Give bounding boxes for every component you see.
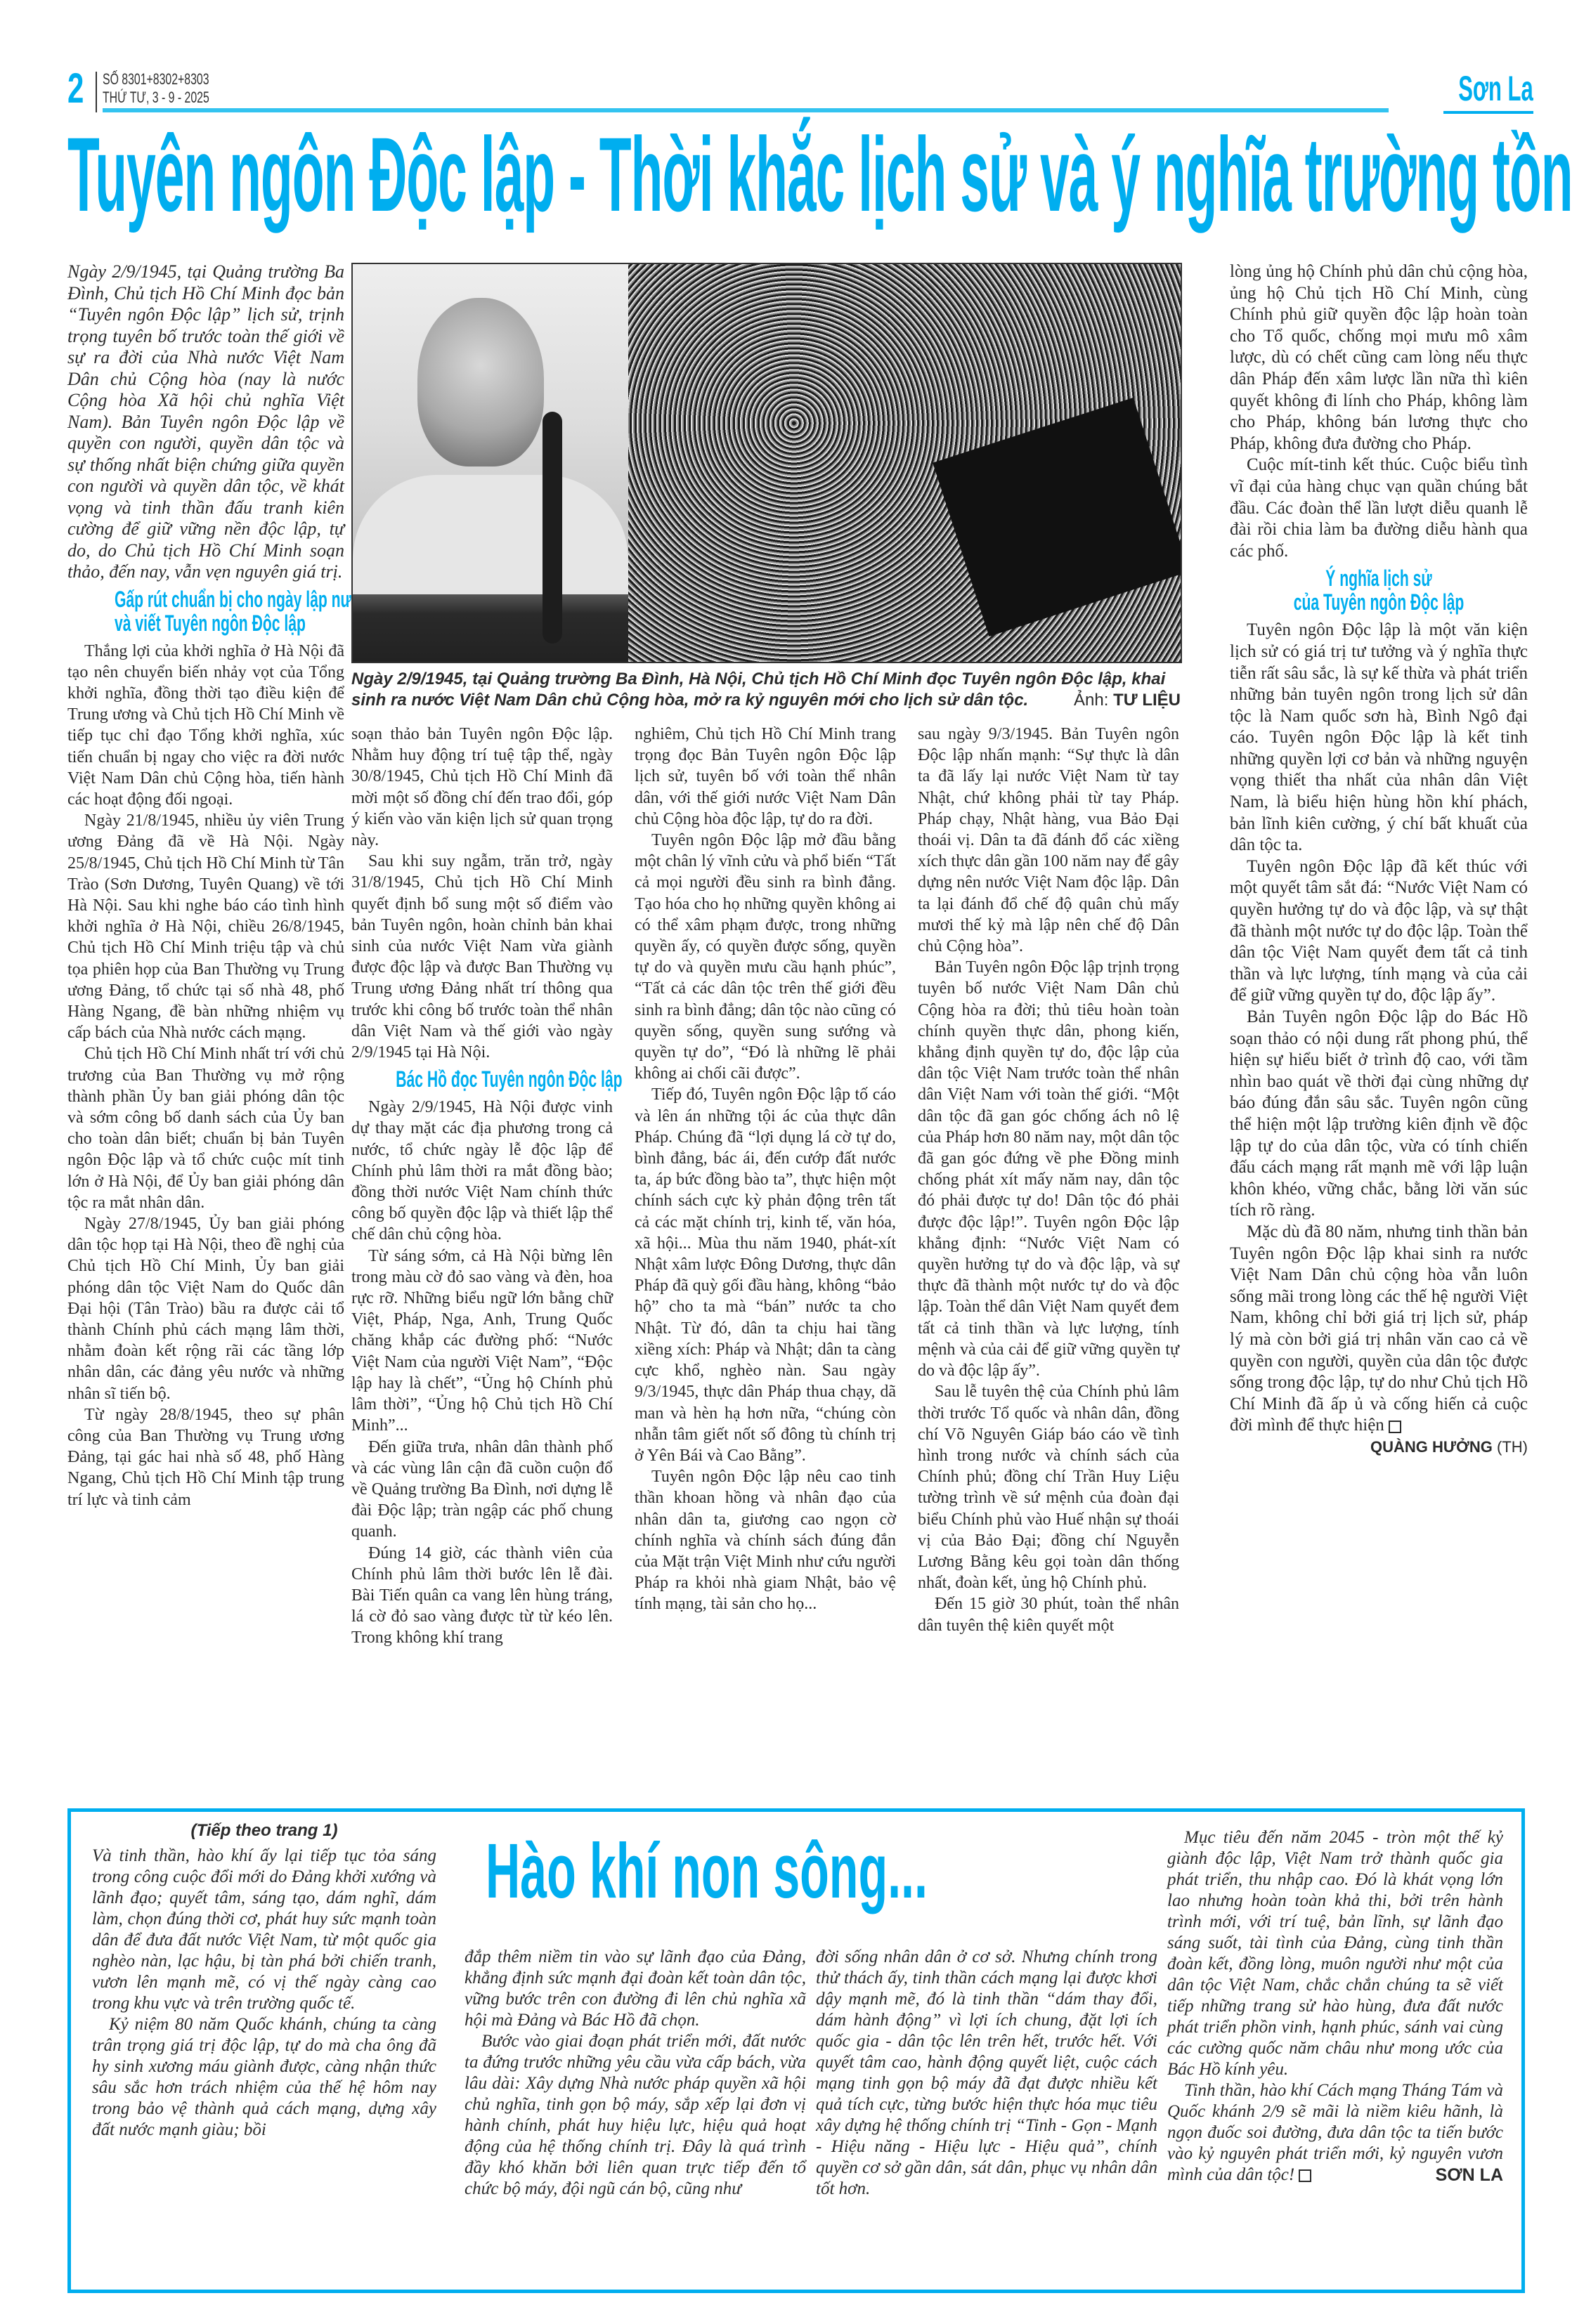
paragraph: soạn thảo bản Tuyên ngôn Độc lập. Nhằm h… xyxy=(351,724,613,851)
paragraph: Đến 15 giờ 30 phút, toàn thể nhân dân tu… xyxy=(918,1593,1179,1636)
author-name: QUÀNG HƯỞNG xyxy=(1370,1438,1493,1456)
paragraph: Từ sáng sớm, cả Hà Nội bừng lên trong mà… xyxy=(351,1246,613,1437)
microphone-icon xyxy=(543,412,562,644)
paragraph: Tuyên ngôn Độc lập nêu cao tinh thần kho… xyxy=(635,1466,896,1614)
paragraph: Bản Tuyên ngôn Độc lập trịnh trọng tuyên… xyxy=(918,957,1179,1381)
box-column-1: (Tiếp theo trang 1) Và tinh thần, hào kh… xyxy=(92,1820,436,2141)
article-photo xyxy=(351,263,1182,663)
author-suffix: (TH) xyxy=(1497,1438,1528,1456)
paragraph: Tinh thần, hào khí Cách mạng Tháng Tám v… xyxy=(1167,2080,1503,2186)
caption-text: Ngày 2/9/1945, tại Quảng trường Ba Đình,… xyxy=(351,670,1165,710)
paragraph: Tuyên ngôn Độc lập đã kết thúc với một q… xyxy=(1230,856,1528,1007)
column-5: lòng ủng hộ Chính phủ dân chủ cộng hòa, … xyxy=(1230,261,1528,1458)
subhead-line: của Tuyên ngôn Độc lập xyxy=(1280,590,1477,614)
paragraph: Sau lễ tuyên thệ của Chính phủ lâm thời … xyxy=(918,1381,1179,1593)
end-mark-icon xyxy=(1299,2169,1311,2182)
article-headline: Tuyên ngôn Độc lập - Thời khắc lịch sử v… xyxy=(67,118,802,230)
column-4: sau ngày 9/3/1945. Bản Tuyên ngôn Độc lậ… xyxy=(918,724,1179,1636)
photo-caption: Ngày 2/9/1945, tại Quảng trường Ba Đình,… xyxy=(351,669,1181,711)
paragraph: Bước vào giai đoạn phát triển mới, đất n… xyxy=(465,2031,806,2200)
box-title: Hào khí non sông... xyxy=(486,1833,928,1910)
box-column-3: đời sống nhân dân ở cơ sở. Nhưng chính t… xyxy=(816,1947,1157,2200)
photo-portrait xyxy=(353,264,628,662)
page-number: 2 xyxy=(67,67,84,110)
credit-label: Ảnh: xyxy=(1074,691,1108,710)
paragraph: Bản Tuyên ngôn Độc lập do Bác Hồ soạn th… xyxy=(1230,1007,1528,1222)
continued-label: (Tiếp theo trang 1) xyxy=(92,1820,436,1841)
paragraph: đời sống nhân dân ở cơ sở. Nhưng chính t… xyxy=(816,1947,1157,2200)
box-column-4: Mục tiêu đến năm 2045 - tròn một thế kỷ … xyxy=(1167,1827,1503,2186)
photo-credit: Ảnh: TƯ LIỆU xyxy=(1074,690,1181,711)
paragraph-text: Mặc dù đã 80 năm, nhưng tinh thần bản Tu… xyxy=(1230,1222,1528,1435)
paragraph: Chủ tịch Hồ Chí Minh nhất trí với chủ tr… xyxy=(67,1043,344,1213)
header-divider xyxy=(96,72,97,112)
paragraph: Đến giữa trưa, nhân dân thành phố và các… xyxy=(351,1437,613,1543)
subhead-preparation: Gấp rút chuẩn bị cho ngày lập nước và vi… xyxy=(115,587,297,635)
paragraph: lòng ủng hộ Chính phủ dân chủ cộng hòa, … xyxy=(1230,261,1528,455)
page-header: 2 SỐ 8301+8302+8303 THỨ TƯ, 3 - 9 - 2025… xyxy=(67,69,1533,108)
byline: QUÀNG HƯỞNG (TH) xyxy=(1230,1437,1528,1458)
credit-name: TƯ LIỆU xyxy=(1113,691,1181,710)
issue-date: THỨ TƯ, 3 - 9 - 2025 xyxy=(103,89,209,107)
article-sapo: Ngày 2/9/1945, tại Quảng trường Ba Đình,… xyxy=(67,261,344,583)
column-3: nghiêm, Chủ tịch Hồ Chí Minh trang trọng… xyxy=(635,724,896,1615)
header-rule xyxy=(103,108,1389,112)
paragraph: Ngày 2/9/1945, Hà Nội được vinh dự thay … xyxy=(351,1097,613,1245)
brand-underline xyxy=(1443,111,1533,114)
photo-figure-head xyxy=(417,298,544,466)
paragraph: Kỷ niệm 80 năm Quốc khánh, chúng ta càng… xyxy=(92,2014,436,2141)
end-mark-icon xyxy=(1389,1421,1401,1433)
boxed-article: (Tiếp theo trang 1) Và tinh thần, hào kh… xyxy=(67,1808,1525,2293)
paragraph: Ngày 21/8/1945, nhiều ủy viên Trung ương… xyxy=(67,810,344,1043)
paragraph: Và tinh thần, hào khí ấy lại tiếp tục tỏ… xyxy=(92,1846,436,2014)
issue-number: SỐ 8301+8302+8303 xyxy=(103,70,209,89)
paragraph: Tiếp đó, Tuyên ngôn Độc lập tố cáo và lê… xyxy=(635,1084,896,1466)
issue-info: SỐ 8301+8302+8303 THỨ TƯ, 3 - 9 - 2025 xyxy=(103,70,209,107)
paragraph: sau ngày 9/3/1945. Bản Tuyên ngôn Độc lậ… xyxy=(918,724,1179,957)
column-2: soạn thảo bản Tuyên ngôn Độc lập. Nhằm h… xyxy=(351,724,613,1649)
paragraph: Sau khi suy ngẫm, trăn trở, ngày 31/8/19… xyxy=(351,851,613,1063)
paragraph: Tuyên ngôn Độc lập mở đầu bằng một chân … xyxy=(635,830,896,1084)
paragraph: Thắng lợi của khởi nghĩa ở Hà Nội đã tạo… xyxy=(67,641,344,811)
paragraph: Đúng 14 giờ, các thành viên của Chính ph… xyxy=(351,1543,613,1649)
box-column-2: đắp thêm niềm tin vào sự lãnh đạo của Đả… xyxy=(465,1947,806,2200)
paragraph: Từ ngày 28/8/1945, theo sự phân công của… xyxy=(67,1404,344,1510)
subhead-line: Ý nghĩa lịch sử xyxy=(1280,566,1477,590)
paragraph: đắp thêm niềm tin vào sự lãnh đạo của Đả… xyxy=(465,1947,806,2031)
sapo-text: Ngày 2/9/1945, tại Quảng trường Ba Đình,… xyxy=(67,261,344,583)
subhead-reading: Bác Hồ đọc Tuyên ngôn Độc lập xyxy=(396,1067,569,1091)
section-brand: Sơn La xyxy=(1459,69,1533,108)
paragraph: Tuyên ngôn Độc lập là một văn kiện lịch … xyxy=(1230,620,1528,856)
column-1: Ngày 2/9/1945, tại Quảng trường Ba Đình,… xyxy=(67,261,344,1510)
subhead-line: và viết Tuyên ngôn Độc lập xyxy=(115,611,297,635)
paragraph: nghiêm, Chủ tịch Hồ Chí Minh trang trọng… xyxy=(635,724,896,830)
paragraph: Mặc dù đã 80 năm, nhưng tinh thần bản Tu… xyxy=(1230,1222,1528,1437)
photo-figure-body xyxy=(353,475,628,594)
subhead-line: Gấp rút chuẩn bị cho ngày lập nước xyxy=(115,587,297,611)
paragraph: Mục tiêu đến năm 2045 - tròn một thế kỷ … xyxy=(1167,1827,1503,2080)
paragraph: Ngày 27/8/1945, Ủy ban giải phóng dân tộ… xyxy=(67,1213,344,1404)
box-author: SƠN LA xyxy=(1419,2165,1503,2186)
paragraph: Cuộc mít-tinh kết thúc. Cuộc biểu tình v… xyxy=(1230,455,1528,562)
subhead-line: Bác Hồ đọc Tuyên ngôn Độc lập xyxy=(396,1067,569,1091)
subhead-significance: Ý nghĩa lịch sử của Tuyên ngôn Độc lập xyxy=(1280,566,1477,614)
